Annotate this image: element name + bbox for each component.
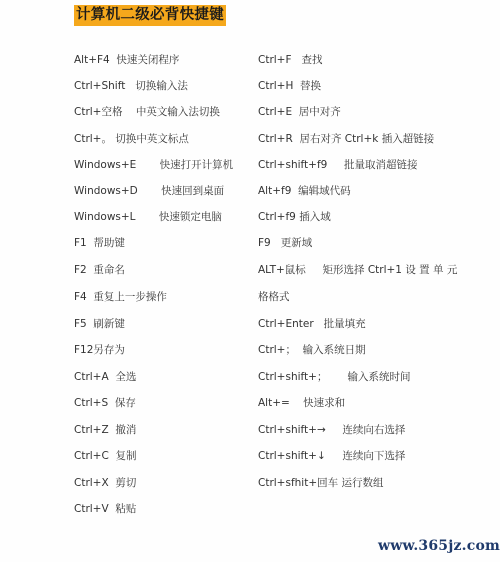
shortcut-item: 格格式: [258, 290, 290, 304]
shortcut-item: F2 重命名: [74, 263, 125, 277]
shortcut-item: Alt+F4 快速关闭程序: [74, 53, 179, 67]
shortcut-item: Windows+L 快速锁定电脑: [74, 210, 222, 224]
shortcut-item: F4 重复上一步操作: [74, 290, 167, 304]
shortcut-item: Ctrl+R 居右对齐 Ctrl+k 插入超链接: [258, 132, 434, 146]
shortcut-item: Alt+f9 编辑域代码: [258, 184, 351, 198]
shortcut-item: F9 更新域: [258, 236, 312, 250]
shortcut-item: Ctrl+E 居中对齐: [258, 105, 341, 119]
shortcut-item: Ctrl+shift+； 输入系统时间: [258, 370, 410, 384]
shortcut-item: Ctrl+S 保存: [74, 396, 136, 410]
shortcut-item: ALT+鼠标 矩形选择 Ctrl+1 设 置 单 元: [258, 263, 457, 277]
shortcut-item: Ctrl+sfhit+回车 运行数组: [258, 476, 383, 490]
shortcut-item: Ctrl+F 查找: [258, 53, 323, 67]
shortcut-item: Alt+= 快速求和: [258, 396, 345, 410]
shortcut-item: Windows+E 快速打开计算机: [74, 158, 233, 172]
watermark: www.365jz.com: [378, 538, 500, 554]
shortcut-item: Ctrl+A 全选: [74, 370, 136, 384]
shortcut-item: Ctrl+V 粘贴: [74, 502, 136, 516]
shortcut-item: Ctrl+shift+↓ 连续向下选择: [258, 449, 405, 463]
shortcut-item: Ctrl+空格 中英文输入法切换: [74, 105, 220, 119]
shortcut-item: Windows+D 快速回到桌面: [74, 184, 224, 198]
shortcut-item: Ctrl+Shift 切换输入法: [74, 79, 188, 93]
shortcut-item: Ctrl+； 输入系统日期: [258, 343, 366, 357]
shortcut-item: Ctrl+shift+f9 批量取消超链接: [258, 158, 418, 172]
shortcut-item: F5 刷新键: [74, 317, 125, 331]
shortcut-item: Ctrl+C 复制: [74, 449, 137, 463]
page-title: 计算机二级必背快捷键: [74, 5, 226, 26]
shortcut-item: Ctrl+H 替换: [258, 79, 321, 93]
shortcut-item: F1 帮助键: [74, 236, 125, 250]
shortcut-item: Ctrl+X 剪切: [74, 476, 136, 490]
shortcut-item: F12另存为: [74, 343, 125, 357]
shortcut-item: Ctrl+shift+→ 连续向右选择: [258, 423, 405, 437]
shortcut-item: Ctrl+Z 撤消: [74, 423, 136, 437]
shortcut-item: Ctrl+。 切换中英文标点: [74, 132, 189, 146]
shortcut-item: Ctrl+Enter 批量填充: [258, 317, 366, 331]
shortcut-item: Ctrl+f9 插入域: [258, 210, 331, 224]
